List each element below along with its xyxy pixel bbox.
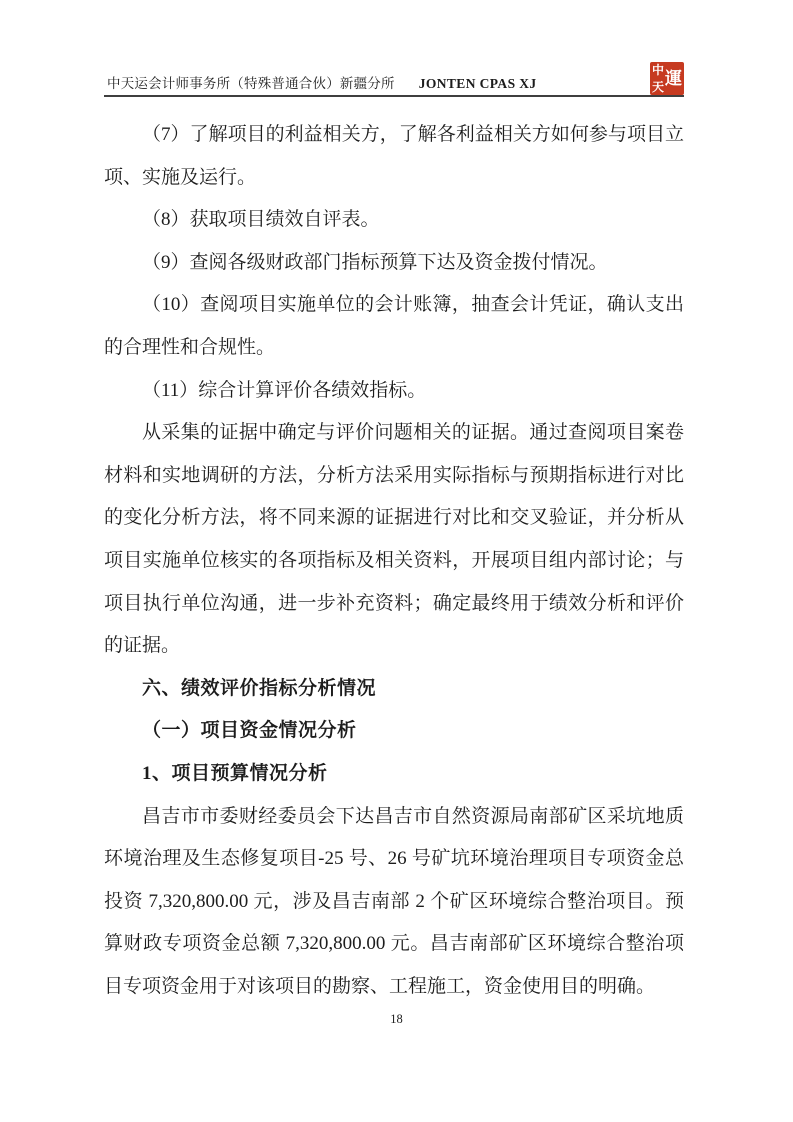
page-footer: 18 <box>0 1012 793 1027</box>
paragraph-evidence: 从采集的证据中确定与评价问题相关的证据。通过查阅项目案卷材料和实地调研的方法，分… <box>104 412 684 668</box>
seal-char-right: 運 <box>665 70 682 87</box>
firm-name-line: 中天运会计师事务所（特殊普通合伙）新疆分所JONTEN CPAS XJ <box>107 72 537 92</box>
firm-name-cn: 中天运会计师事务所（特殊普通合伙）新疆分所 <box>107 76 395 91</box>
page-number: 18 <box>390 1012 403 1026</box>
page-header: 中天运会计师事务所（特殊普通合伙）新疆分所JONTEN CPAS XJ 中 天 … <box>104 58 684 97</box>
heading-section-6: 六、绩效评价指标分析情况 <box>104 668 684 711</box>
paragraph-step-9: （9）查阅各级财政部门指标预算下达及资金拨付情况。 <box>104 242 684 285</box>
heading-subsection-1: （一）项目资金情况分析 <box>104 710 684 753</box>
paragraph-budget-analysis: 昌吉市市委财经委员会下达昌吉市自然资源局南部矿区采坑地质环境治理及生态修复项目-… <box>104 796 684 1009</box>
firm-name-en: JONTEN CPAS XJ <box>419 76 537 91</box>
firm-seal-stamp-icon: 中 天 運 <box>650 62 684 95</box>
seal-char-top-left: 中 <box>652 64 664 76</box>
paragraph-step-7: （7）了解项目的利益相关方，了解各利益相关方如何参与项目立项、实施及运行。 <box>104 114 684 199</box>
document-body: （7）了解项目的利益相关方，了解各利益相关方如何参与项目立项、实施及运行。 （8… <box>104 114 684 1008</box>
seal-char-bottom-left: 天 <box>652 81 664 93</box>
paragraph-step-8: （8）获取项目绩效自评表。 <box>104 199 684 242</box>
seal-left-column: 中 天 <box>652 64 664 93</box>
document-page: 中天运会计师事务所（特殊普通合伙）新疆分所JONTEN CPAS XJ 中 天 … <box>0 0 793 1122</box>
paragraph-step-11: （11）综合计算评价各绩效指标。 <box>104 370 684 413</box>
heading-sub-subsection-1: 1、项目预算情况分析 <box>104 753 684 796</box>
paragraph-step-10: （10）查阅项目实施单位的会计账簿，抽查会计凭证，确认支出的合理性和合规性。 <box>104 284 684 369</box>
seal-right-column: 運 <box>665 64 682 93</box>
